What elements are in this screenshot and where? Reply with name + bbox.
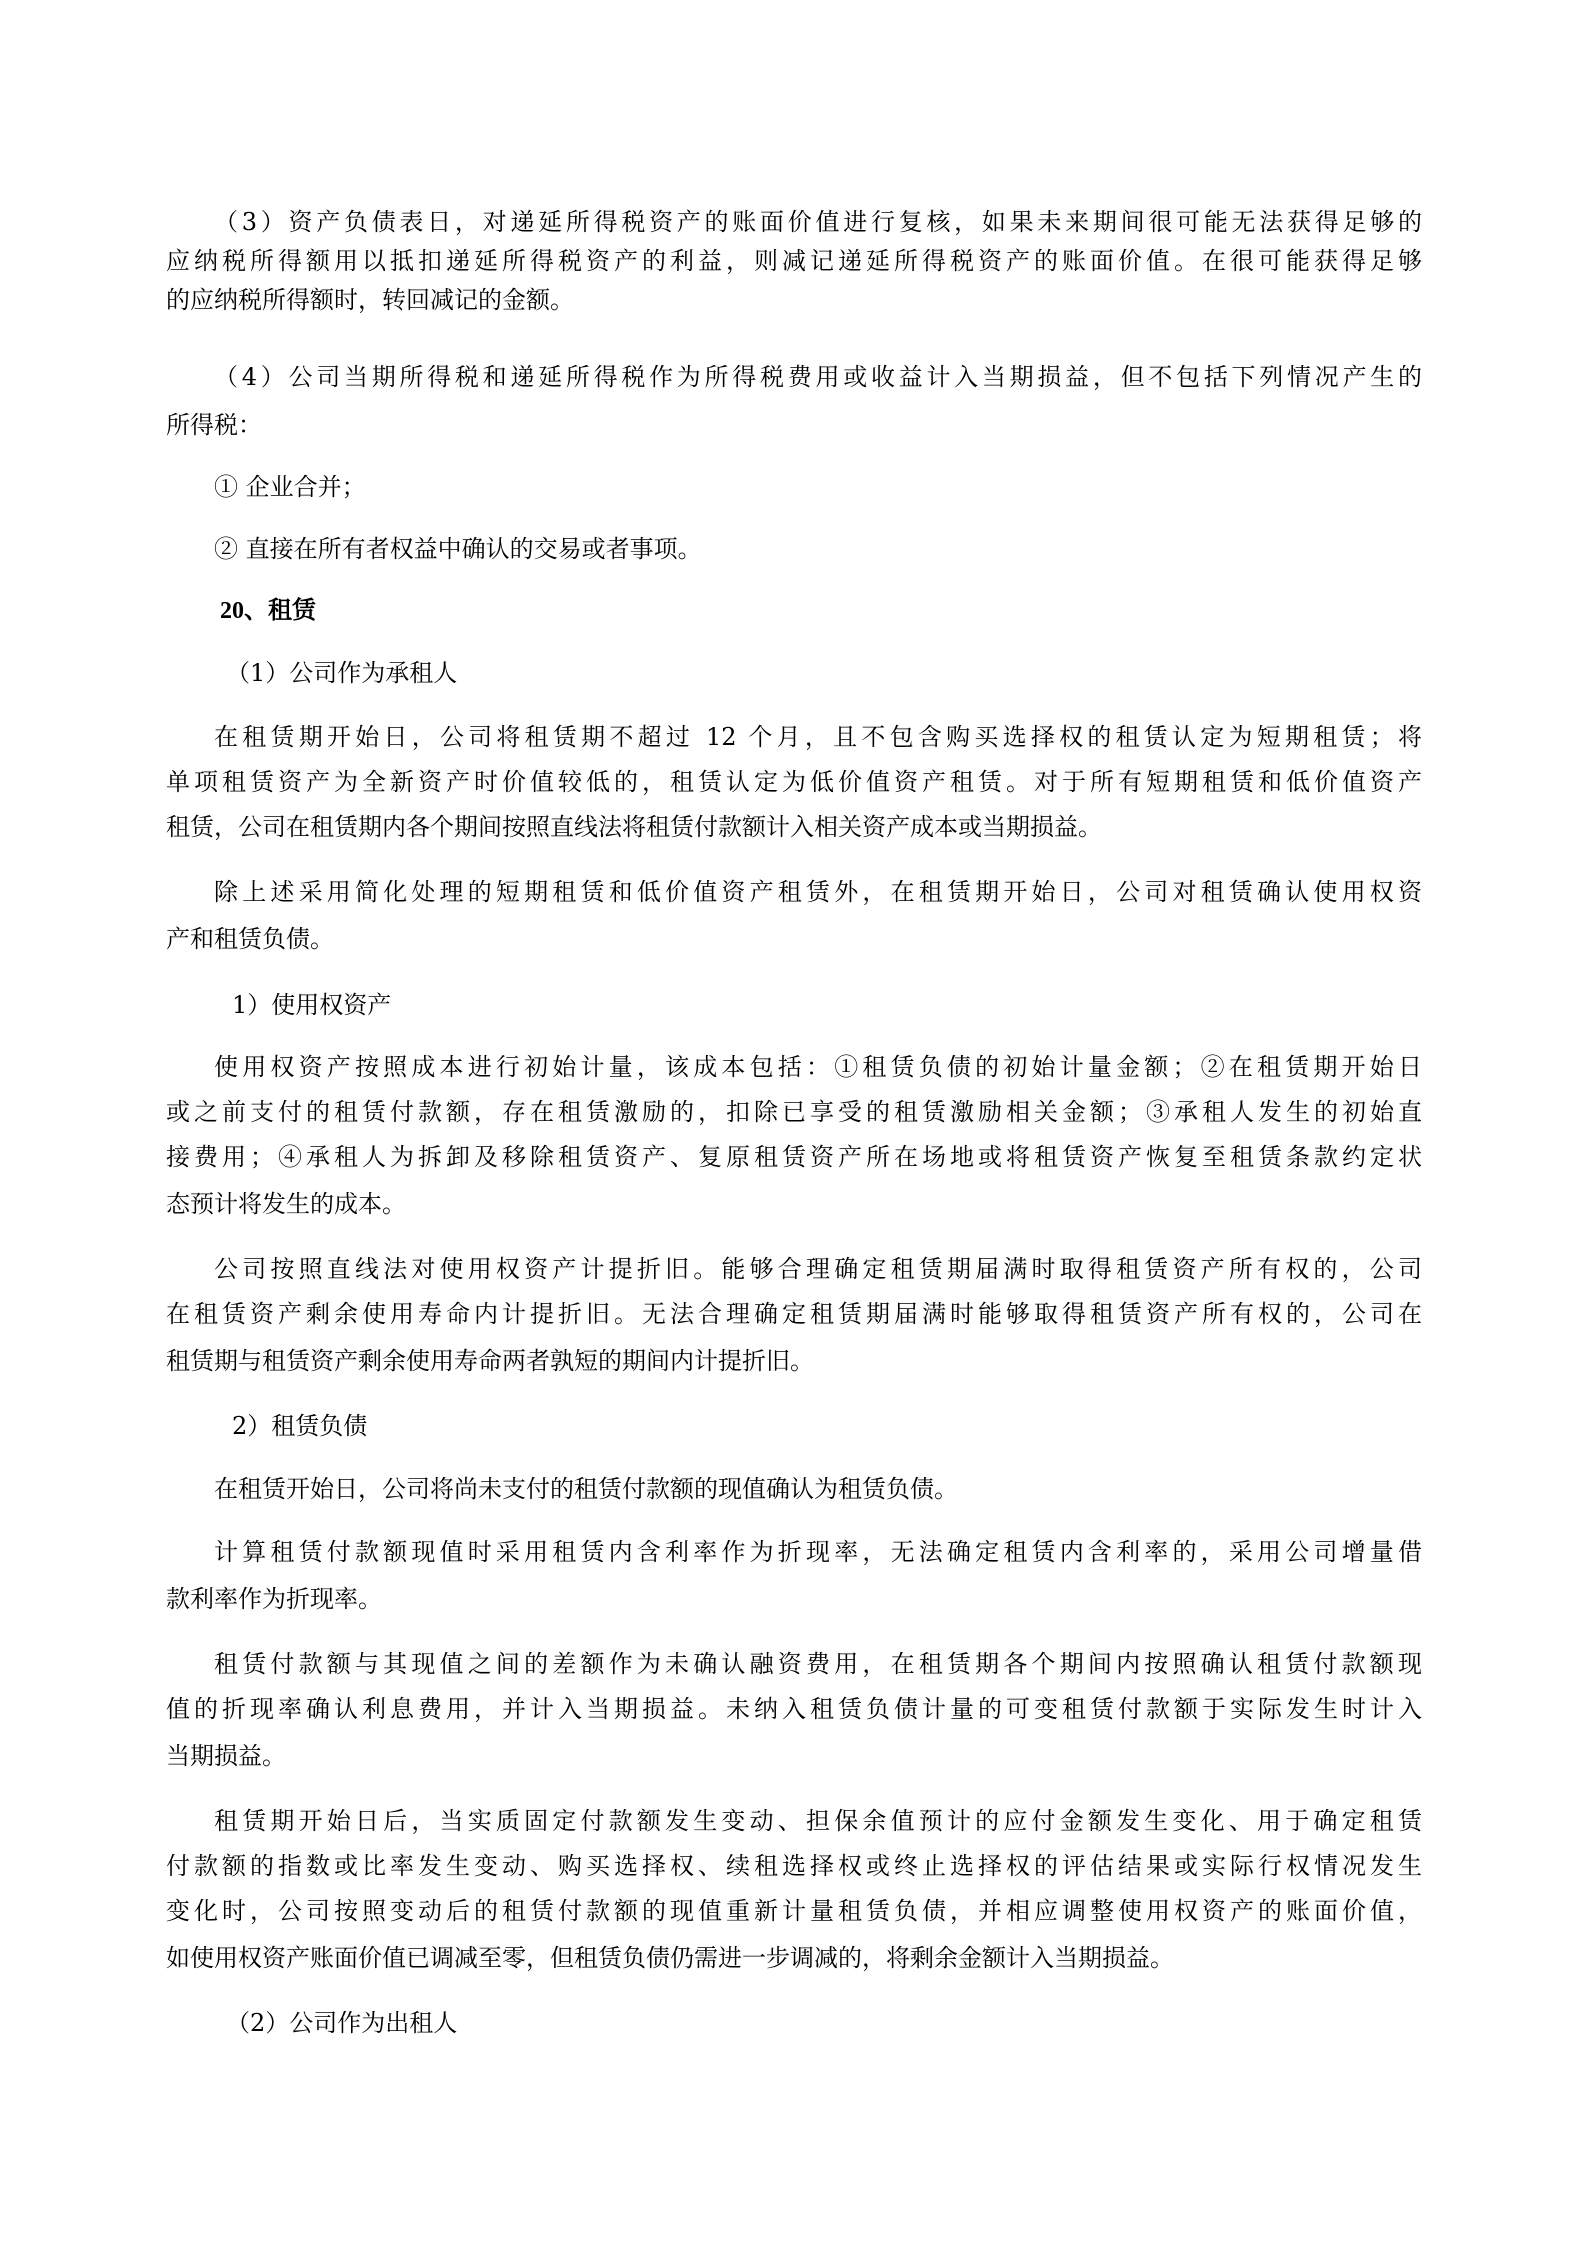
paragraph-line: 款利率作为折现率。 (166, 1584, 1426, 1614)
paragraph-line: 应纳税所得额用以抵扣递延所得税资产的利益，则减记递延所得税资产的账面价值。在很可… (166, 246, 1422, 276)
paragraph-line: 在租赁资产剩余使用寿命内计提折旧。无法合理确定租赁期届满时能够取得租赁资产所有权… (166, 1299, 1422, 1329)
paragraph-line: 除上述采用简化处理的短期租赁和低价值资产租赁外，在租赁期开始日，公司对租赁确认使… (214, 877, 1422, 907)
paragraph-line: 计算租赁付款额现值时采用租赁内含利率作为折现率，无法确定租赁内含利率的，采用公司… (214, 1537, 1422, 1567)
paragraph-line: 产和租赁负债。 (166, 924, 1426, 954)
subsection-heading: （2）公司作为出租人 (226, 2008, 1486, 2038)
paragraph-line: 在租赁开始日，公司将尚未支付的租赁付款额的现值确认为租赁负债。 (214, 1474, 1474, 1504)
paragraph-line: 租赁付款额与其现值之间的差额作为未确认融资费用，在租赁期各个期间内按照确认租赁付… (214, 1649, 1422, 1679)
subsection-heading: 2）租赁负债 (232, 1411, 1492, 1441)
section-heading: 20、租赁 (220, 596, 1480, 626)
paragraph-line: 或之前支付的租赁付款额，存在租赁激励的，扣除已享受的租赁激励相关金额；③承租人发… (166, 1097, 1422, 1127)
paragraph-line: 单项租赁资产为全新资产时价值较低的，租赁认定为低价值资产租赁。对于所有短期租赁和… (166, 767, 1422, 797)
paragraph-line: 租赁期与租赁资产剩余使用寿命两者孰短的期间内计提折旧。 (166, 1346, 1426, 1376)
paragraph-line: 租赁，公司在租赁期内各个期间按照直线法将租赁付款额计入相关资产成本或当期损益。 (166, 812, 1426, 842)
paragraph-line: 当期损益。 (166, 1741, 1426, 1771)
paragraph-line: 的应纳税所得额时，转回减记的金额。 (166, 285, 1426, 315)
paragraph-line: （3）资产负债表日，对递延所得税资产的账面价值进行复核，如果未来期间很可能无法获… (214, 207, 1422, 237)
paragraph-line: 租赁期开始日后，当实质固定付款额发生变动、担保余值预计的应付金额发生变化、用于确… (214, 1806, 1422, 1836)
subsection-heading: （1）公司作为承租人 (226, 658, 1486, 688)
list-item: ① 企业合并； (214, 472, 1474, 502)
list-item: ② 直接在所有者权益中确认的交易或者事项。 (214, 534, 1474, 564)
document-page: （3）资产负债表日，对递延所得税资产的账面价值进行复核，如果未来期间很可能无法获… (0, 0, 1588, 2245)
paragraph-line: 态预计将发生的成本。 (166, 1189, 1426, 1219)
paragraph-line: 使用权资产按照成本进行初始计量，该成本包括：①租赁负债的初始计量金额；②在租赁期… (214, 1052, 1422, 1082)
subsection-heading: 1）使用权资产 (232, 990, 1492, 1020)
paragraph-line: 接费用；④承租人为拆卸及移除租赁资产、复原租赁资产所在场地或将租赁资产恢复至租赁… (166, 1142, 1422, 1172)
paragraph-line: 公司按照直线法对使用权资产计提折旧。能够合理确定租赁期届满时取得租赁资产所有权的… (214, 1254, 1422, 1284)
paragraph-line: 变化时，公司按照变动后的租赁付款额的现值重新计量租赁负债，并相应调整使用权资产的… (166, 1896, 1422, 1926)
paragraph-line: 在租赁期开始日，公司将租赁期不超过 12 个月，且不包含购买选择权的租赁认定为短… (214, 722, 1422, 752)
paragraph-line: 值的折现率确认利息费用，并计入当期损益。未纳入租赁负债计量的可变租赁付款额于实际… (166, 1694, 1422, 1724)
paragraph-line: （4）公司当期所得税和递延所得税作为所得税费用或收益计入当期损益，但不包括下列情… (214, 362, 1422, 392)
paragraph-line: 如使用权资产账面价值已调减至零，但租赁负债仍需进一步调减的，将剩余金额计入当期损… (166, 1943, 1426, 1973)
paragraph-line: 所得税： (166, 410, 1426, 440)
paragraph-line: 付款额的指数或比率发生变动、购买选择权、续租选择权或终止选择权的评估结果或实际行… (166, 1851, 1422, 1881)
